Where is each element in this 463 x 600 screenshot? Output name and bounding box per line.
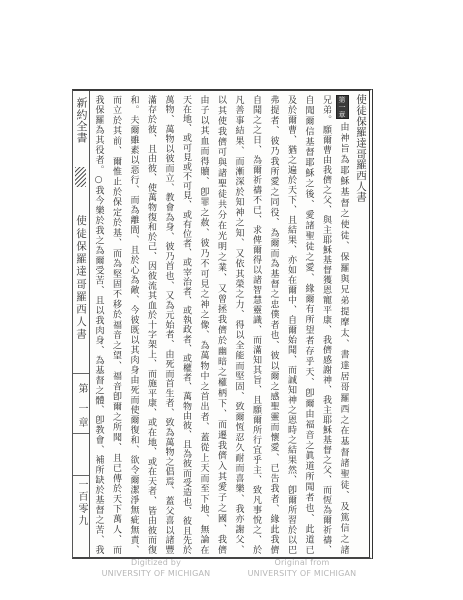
- running-header-column: 使徒保羅達哥羅西人書: [352, 91, 370, 557]
- watermark-university-left: UNIVERSITY OF MICHIGAN: [76, 569, 236, 578]
- text-body: 使徒保羅達哥羅西人書 第一章 由神旨為耶穌基督之使徒、保羅與兄弟提摩太、書達居哥…: [90, 91, 369, 557]
- text-column: 弗提者、彼乃我所愛之同役、為爾而為基督之忠僕者也、彼以爾之感聖靈而懷愛、已告我者…: [264, 91, 282, 557]
- hatched-ornament-icon: [75, 167, 86, 187]
- column-text: 而立於其前、爾惟止於保定於基、而為堅固不移於福音之望、福音卽爾之所聞、且已傳於天…: [107, 95, 125, 554]
- column-text: 兄弟。願爾曹由我儕之父、與主耶穌基督獲恩寵平康、我儕感謝神、我主耶穌基督之父、而…: [317, 95, 335, 554]
- text-column: 和。夫爾雖素以惡行、而為離間、且於心為敵、今彼既以其肉身由死而使爾復和、欲令爾潔…: [124, 91, 142, 557]
- book-title: 新約全書: [73, 97, 89, 143]
- margin-divider: [73, 475, 89, 476]
- watermark-original-from: Original from: [222, 558, 382, 567]
- text-column: 兄弟。願爾曹由我儕之父、與主耶穌基督獲恩寵平康、我儕感謝神、我主耶穌基督之父、而…: [317, 91, 335, 557]
- column-text: 及於爾曹、猶之遍於天下、且結果、亦如在爾中、自爾始聞、而誠知神之恩時之結果然、卽…: [282, 95, 300, 554]
- text-column: 天在地、或可見或不可見、或有位者、或宰治者、或執政者、或權者、萬物由彼、且為彼而…: [177, 91, 195, 557]
- column-text: 凡善事結果、而漸深於知神之知、又依其榮之力、得以全能而堅固、致爾恆忍久耐而喜樂、…: [229, 95, 247, 554]
- text-column: 自聞之之日、為爾祈禱不已、求俾爾得以諸智慧靈識、而滿知其旨、且願爾所行宜乎主、致…: [247, 91, 265, 557]
- margin-divider: [73, 433, 89, 434]
- text-column: 及於爾曹、猶之遍於天下、且結果、亦如在爾中、自爾始聞、而誠知神之恩時之結果然、卽…: [282, 91, 300, 557]
- book-page: 新約全書 使徒保羅達哥羅西人書 第 一章 一百零九 使徒保羅達哥羅西人書 第一章…: [72, 89, 373, 559]
- chapter-marker: 第一章: [336, 95, 349, 119]
- column-text: 由神旨為耶穌基督之使徒、保羅與兄弟提摩太、書達居哥羅西之在基督諸聖徒、及篤信之諸: [334, 122, 352, 554]
- chapter-label-number: 一章: [73, 403, 89, 427]
- running-header: 使徒保羅達哥羅西人書: [352, 94, 370, 202]
- text-column: 萬物、萬物以彼而立、教會為身、彼乃首也、又為元始者、由死而首生者、致為萬物之倡焉…: [159, 91, 177, 557]
- text-column: 自聞爾信基督耶穌之後、愛諸聖徒之愛、緣爾有所望者存乎天、卽爾由福音之眞道所聞者也…: [299, 91, 317, 557]
- column-text: 滿存於彼、且由彼、使萬物復和於己、因彼流其血於十字架上、而施平康、或在地、或在天…: [142, 95, 160, 554]
- text-column: 由子以其血而得贖、卽罪之赦、彼乃不可見之神之像、為萬物中之首出者、蓋從上天而至下…: [194, 91, 212, 557]
- chapter-label-di: 第: [73, 381, 89, 395]
- page-number: 一百零九: [73, 479, 89, 525]
- text-column: 我保羅為其役者。○我今樂於我之為爾受苦、且以我肉身、為基督之體、卽教會、補所缺於…: [89, 91, 107, 557]
- text-column: 而立於其前、爾惟止於保定於基、而為堅固不移於福音之望、福音卽爾之所聞、且已傳於天…: [107, 91, 125, 557]
- column-text: 自聞爾信基督耶穌之後、愛諸聖徒之愛、緣爾有所望者存乎天、卽爾由福音之眞道所聞者也…: [299, 95, 317, 554]
- watermark-digitized-by: Digitized by: [76, 558, 236, 567]
- epistle-title: 使徒保羅達哥羅西人書: [73, 215, 89, 339]
- text-column: 以其使我儕可與諸聖徒共分在光明之業、又曾拯我儕於幽暗之權柄下、而遷我儕入其愛子之…: [212, 91, 230, 557]
- column-text: 和。夫爾雖素以惡行、而為離間、且於心為敵、今彼既以其肉身由死而使爾復和、欲令爾潔…: [124, 95, 142, 554]
- column-text: 自聞之之日、為爾祈禱不已、求俾爾得以諸智慧靈識、而滿知其旨、且願爾所行宜乎主、致…: [247, 95, 265, 554]
- margin-divider: [73, 373, 89, 374]
- column-text: 天在地、或可見或不可見、或有位者、或宰治者、或執政者、或權者、萬物由彼、且為彼而…: [177, 95, 195, 554]
- column-text: 我保羅為其役者。○我今樂於我之為爾受苦、且以我肉身、為基督之體、卽教會、補所缺於…: [89, 95, 107, 554]
- column-text: 萬物、萬物以彼而立、教會為身、彼乃首也、又為元始者、由死而首生者、致為萬物之倡焉…: [159, 95, 177, 554]
- text-column: 凡善事結果、而漸深於知神之知、又依其榮之力、得以全能而堅固、致爾恆忍久耐而喜樂、…: [229, 91, 247, 557]
- column-text: 由子以其血而得贖、卽罪之赦、彼乃不可見之神之像、為萬物中之首出者、蓋從上天而至下…: [194, 95, 212, 554]
- watermark-university-right: UNIVERSITY OF MICHIGAN: [222, 569, 382, 578]
- page-margin-column: 新約全書 使徒保羅達哥羅西人書 第 一章 一百零九: [73, 91, 90, 557]
- column-text: 弗提者、彼乃我所愛之同役、為爾而為基督之忠僕者也、彼以爾之感聖靈而懷愛、已告我者…: [264, 95, 282, 554]
- text-column: 滿存於彼、且由彼、使萬物復和於己、因彼流其血於十字架上、而施平康、或在地、或在天…: [142, 91, 160, 557]
- column-text: 以其使我儕可與諸聖徒共分在光明之業、又曾拯我儕於幽暗之權柄下、而遷我儕入其愛子之…: [212, 95, 230, 554]
- text-column: 第一章 由神旨為耶穌基督之使徒、保羅與兄弟提摩太、書達居哥羅西之在基督諸聖徒、及…: [334, 91, 352, 557]
